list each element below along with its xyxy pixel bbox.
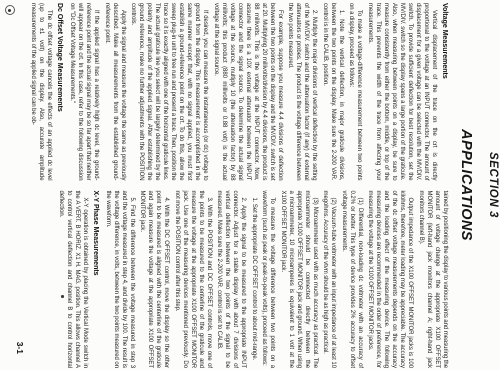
numbered-step: (2) Vacuum-tube voltmeter with an input …	[322, 191, 338, 369]
paragraph: Output impedance of the X100 OFFSET MONI…	[367, 191, 415, 369]
paragraph: If the applied signal has a relatively h…	[69, 3, 101, 181]
paragraph: For example, suppose you measure 4.4 div…	[212, 3, 284, 181]
numbered-step: 2. Multiply the major divisions of verti…	[287, 3, 319, 181]
paragraph: If desired, you can measure the instanta…	[130, 3, 210, 181]
left-column: Voltage Measurements Vertical displaceme…	[27, 3, 449, 181]
scanned-manual-screenshot: SECTION 3 APPLICATIONS Voltage Measureme…	[0, 0, 500, 370]
paragraph: The dc offset voltage cancels the effect…	[30, 3, 54, 181]
right-column: tained by positioning the display to var…	[27, 191, 449, 369]
paragraph: Vertical displacement of the trace on th…	[366, 3, 438, 181]
section-label: SECTION 3	[487, 0, 499, 370]
paragraph: To measure the voltage difference betwee…	[261, 191, 277, 369]
registration-mark-dot	[9, 9, 12, 12]
paragraph: X-Y operation is obtained by placing the…	[57, 191, 89, 369]
numbered-step: 5. Find the difference between the volta…	[104, 191, 136, 369]
heading-dc-offset-voltage-measurements: Dc Offset Voltage Measurements	[56, 3, 65, 181]
numbered-step: 3. With the POSITION and DC OFFSET contr…	[173, 191, 213, 369]
ink-speck	[62, 295, 65, 298]
section-header: SECTION 3 APPLICATIONS	[458, 0, 500, 370]
numbered-step: 4. With the DC OFFSET control, move the …	[139, 191, 171, 369]
section-title: APPLICATIONS	[458, 0, 474, 370]
manual-page: SECTION 3 APPLICATIONS Voltage Measureme…	[0, 0, 500, 370]
page-number: 3-1	[15, 342, 25, 354]
text-columns: Voltage Measurements Vertical displaceme…	[27, 0, 458, 370]
heading-voltage-measurements: Voltage Measurements	[440, 3, 449, 181]
registration-mark-icon	[5, 5, 15, 15]
numbered-step: (3) Microammeter used with as much accur…	[279, 191, 319, 369]
numbered-step: 2. Apply the signal to be measured to th…	[216, 191, 248, 369]
paragraph: tained by positioning the display to var…	[417, 191, 449, 369]
numbered-step: 1. Set the appropriate DC OFFSET control…	[250, 191, 258, 369]
heading-xy-phase-measurements: X-Y Phase Measurements	[91, 191, 100, 369]
numbered-step: 1. Note the vertical deflection, in majo…	[321, 3, 345, 181]
paragraph: To make a voltage-difference measurement…	[348, 3, 364, 181]
paragraph: Apply the signal and measure the voltage…	[103, 3, 127, 181]
numbered-step: (1) Differential, non-loading dc voltmet…	[340, 191, 364, 369]
